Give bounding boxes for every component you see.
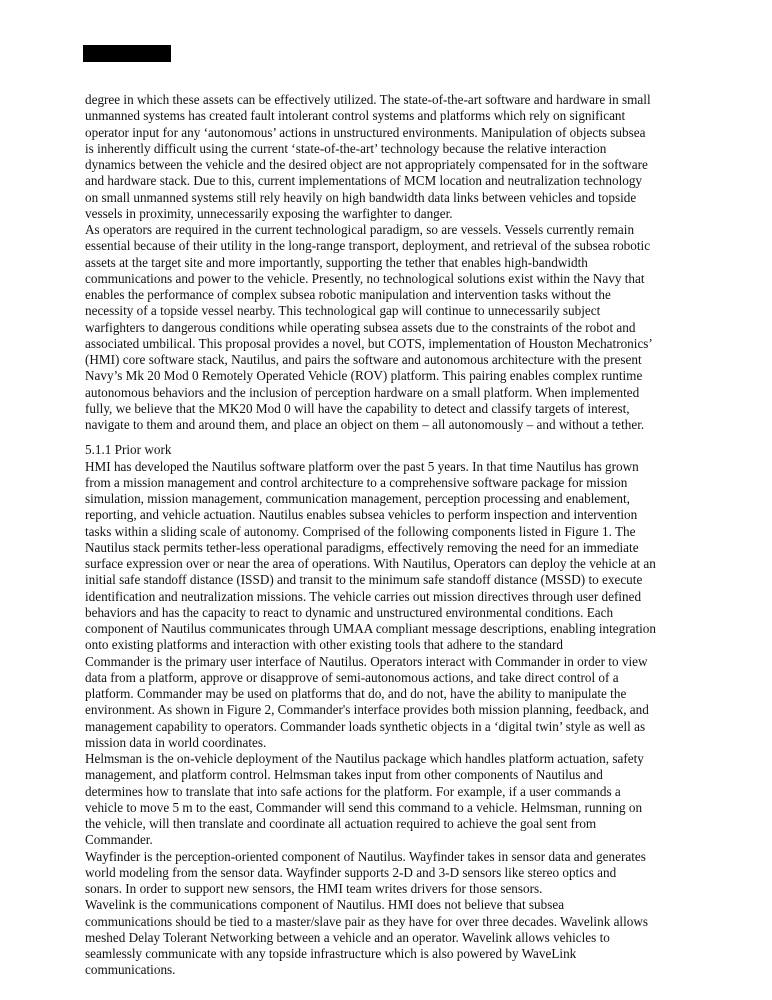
text-line: tasks within a sliding scale of autonomy… [85,524,690,540]
text-line: dynamics between the vehicle and the des… [85,157,690,173]
text-line: component of Nautilus communicates throu… [85,621,690,637]
text-line: As operators are required in the current… [85,222,690,238]
text-line: environment. As shown in Figure 2, Comma… [85,702,690,718]
text-line: associated umbilical. This proposal prov… [85,336,690,352]
text-line: data from a platform, approve or disappr… [85,670,690,686]
text-line: Navy’s Mk 20 Mod 0 Remotely Operated Veh… [85,368,690,384]
text-line: management capability to operators. Comm… [85,719,690,735]
text-line: the vehicle, will then translate and coo… [85,816,690,832]
text-line: vessels in proximity, unnecessarily expo… [85,206,690,222]
text-line: initial safe standoff distance (ISSD) an… [85,572,690,588]
text-line: mission data in world coordinates. [85,735,690,751]
text-line: determines how to translate that into sa… [85,784,690,800]
text-line: sonars. In order to support new sensors,… [85,881,690,897]
text-line: Nautilus stack permits tether-less opera… [85,540,690,556]
text-line: from a mission management and control ar… [85,475,690,491]
text-line: autonomous behaviors and the inclusion o… [85,385,690,401]
text-line: platform. Commander may be used on platf… [85,686,690,702]
paragraph-nautilus-overview: HMI has developed the Nautilus software … [85,459,690,654]
text-line: behaviors and has the capacity to react … [85,605,690,621]
text-line: onto existing platforms and interaction … [85,637,690,653]
text-line: identification and neutralization missio… [85,589,690,605]
paragraph-spacer [85,433,690,442]
text-line: Commander. [85,832,690,848]
text-line: vehicle to move 5 m to the east, Command… [85,800,690,816]
text-line: communications should be tied to a maste… [85,914,690,930]
text-line: communications and power to the vehicle.… [85,271,690,287]
paragraph-operators-vessels: As operators are required in the current… [85,222,690,433]
text-line: management, and platform control. Helmsm… [85,767,690,783]
text-line: surface expression over or near the area… [85,556,690,572]
paragraph-intro-continued: degree in which these assets can be effe… [85,92,690,222]
text-line: assets at the target site and more impor… [85,255,690,271]
text-line: Wavelink is the communications component… [85,897,690,913]
paragraph-wayfinder: Wayfinder is the perception-oriented com… [85,849,690,898]
text-line: HMI has developed the Nautilus software … [85,459,690,475]
text-line: simulation, mission management, communic… [85,491,690,507]
text-line: Commander is the primary user interface … [85,654,690,670]
text-line: world modeling from the sensor data. Way… [85,865,690,881]
text-line: Helmsman is the on-vehicle deployment of… [85,751,690,767]
paragraph-wavelink: Wavelink is the communications component… [85,897,690,978]
text-line: meshed Delay Tolerant Networking between… [85,930,690,946]
text-line: warfighters to dangerous conditions whil… [85,320,690,336]
paragraph-helmsman: Helmsman is the on-vehicle deployment of… [85,751,690,849]
text-line: is inherently difficult using the curren… [85,141,690,157]
text-line: and hardware stack. Due to this, current… [85,173,690,189]
text-line: enables the performance of complex subse… [85,287,690,303]
text-line: degree in which these assets can be effe… [85,92,690,108]
text-line: communications. [85,962,690,978]
text-line: reporting, and vehicle actuation. Nautil… [85,507,690,523]
text-line: Wayfinder is the perception-oriented com… [85,849,690,865]
text-line: necessity of a topside vessel nearby. Th… [85,303,690,319]
text-line: fully, we believe that the MK20 Mod 0 wi… [85,401,690,417]
paragraph-commander: Commander is the primary user interface … [85,654,690,752]
text-line: on small unmanned systems still rely hea… [85,190,690,206]
redacted-header-block [83,45,171,62]
text-line: unmanned systems has created fault intol… [85,108,690,124]
text-line: operator input for any ‘autonomous’ acti… [85,125,690,141]
text-line: (HMI) core software stack, Nautilus, and… [85,352,690,368]
text-line: seamlessly communicate with any topside … [85,946,690,962]
text-line: essential because of their utility in th… [85,238,690,254]
text-line: navigate to them and around them, and pl… [85,417,690,433]
section-heading: 5.1.1 Prior work [85,442,690,458]
document-body: degree in which these assets can be effe… [85,92,690,979]
